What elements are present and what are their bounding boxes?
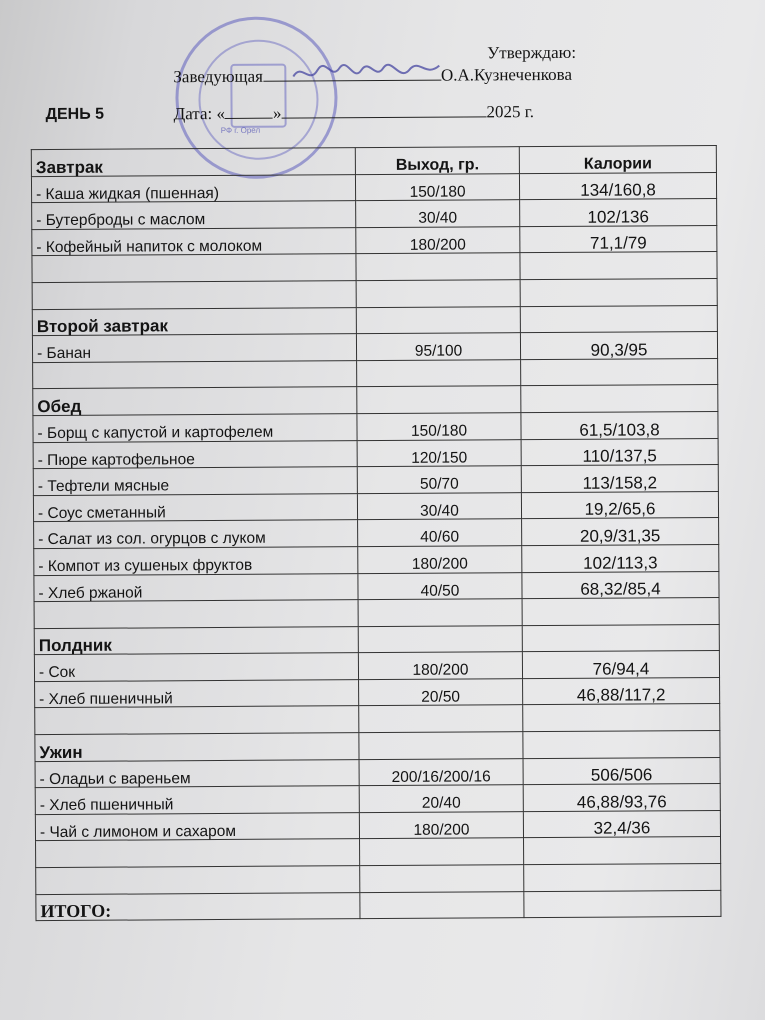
dish-name: - Борщ с капустой и картофелем <box>33 414 357 443</box>
portion-value: 20/40 <box>359 785 523 813</box>
portion-value: 180/200 <box>358 652 522 680</box>
table-row: - Бутерброды с маслом30/40102/136 <box>32 199 717 230</box>
dish-name: Обед <box>33 387 357 416</box>
calories-value: 90,3/95 <box>520 332 717 360</box>
calories-value: 20,9/31,35 <box>522 518 719 546</box>
table-row: - Сок180/20076/94,4 <box>34 651 719 682</box>
section-row: Ужин <box>35 731 720 762</box>
calories-value: 46,88/117,2 <box>523 677 720 705</box>
column-header-meal: Завтрак <box>31 148 355 177</box>
dish-name: Второй завтрак <box>32 307 356 336</box>
dish-name: - Хлеб пшеничный <box>35 786 359 815</box>
date-quote-close: » <box>273 104 282 123</box>
calories-value: 102/136 <box>520 199 717 227</box>
portion-value <box>360 865 524 893</box>
dish-name <box>36 839 360 868</box>
table-row: - Тефтели мясные50/70113/158,2 <box>33 465 718 496</box>
table-row: - Оладьи с вареньем200/16/200/16506/506 <box>35 757 720 788</box>
calories-value: 506/506 <box>523 757 720 785</box>
menu-table: Завтрак Выход, гр. Калории - Каша жидкая… <box>31 145 722 921</box>
dish-name: - Кофейный напиток с молоком <box>32 227 356 256</box>
calories-value: 46,88/93,76 <box>523 784 720 812</box>
empty-row <box>32 252 717 283</box>
calories-value: 32,4/36 <box>523 810 720 838</box>
portion-value <box>359 705 523 733</box>
section-row: Полдник <box>34 624 719 655</box>
director-name: О.А.Кузнеченкова <box>441 65 572 85</box>
dish-name: - Хлеб ржаной <box>34 573 358 602</box>
calories-value: 76/94,4 <box>522 651 719 679</box>
date-label: Дата: « <box>174 104 225 123</box>
column-header-calories: Калории <box>519 145 716 173</box>
table-row: - Каша жидкая (пшенная)150/180134/160,8 <box>31 172 716 203</box>
portion-value: 40/50 <box>358 572 522 600</box>
date-month-blank <box>281 103 486 118</box>
calories-value: 134/160,8 <box>519 172 716 200</box>
dish-name: Полдник <box>34 626 358 655</box>
dish-name <box>34 600 358 629</box>
calories-value: 110/137,5 <box>521 438 718 466</box>
portion-value: 120/150 <box>357 439 521 467</box>
dish-name: - Хлеб пшеничный <box>35 680 359 709</box>
dish-name: - Чай с лимоном и сахаром <box>35 812 359 841</box>
portion-value: 20/50 <box>359 679 523 707</box>
dish-name: - Тефтели мясные <box>33 467 357 496</box>
calories-value: 71,1/79 <box>520 225 717 253</box>
table-row: - Соус сметанный30/4019,2/65,6 <box>33 491 718 522</box>
dish-name: - Каша жидкая (пшенная) <box>31 174 355 203</box>
calories-value <box>522 624 719 652</box>
table-row: - Хлеб пшеничный20/4046,88/93,76 <box>35 784 720 815</box>
table-row: - Кофейный напиток с молоком180/20071,1/… <box>32 225 717 256</box>
portion-value: 180/200 <box>358 546 522 574</box>
portion-value <box>358 599 522 627</box>
portion-value: 30/40 <box>356 200 520 228</box>
portion-value <box>358 625 522 653</box>
calories-value <box>521 358 718 386</box>
section-row: Обед <box>33 385 718 416</box>
table-row: - Чай с лимоном и сахаром180/20032,4/36 <box>35 810 720 841</box>
section-row: Второй завтрак <box>32 305 717 336</box>
calories-value: 19,2/65,6 <box>521 491 718 519</box>
dish-name: - Банан <box>32 334 356 363</box>
day-label: ДЕНЬ 5 <box>46 106 105 124</box>
calories-value: 113/158,2 <box>521 465 718 493</box>
portion-value <box>359 732 523 760</box>
portion-value: 50/70 <box>357 466 521 494</box>
table-row: - Хлеб пшеничный20/5046,88/117,2 <box>35 677 720 708</box>
calories-value <box>520 252 717 280</box>
portion-value <box>356 306 520 334</box>
table-header-row: Завтрак Выход, гр. Калории <box>31 145 716 176</box>
date-day-blank <box>225 105 273 119</box>
portion-value <box>357 386 521 414</box>
empty-row <box>35 704 720 735</box>
portion-value: 150/180 <box>357 413 521 441</box>
table-row: - Банан95/10090,3/95 <box>32 332 717 363</box>
portion-value <box>356 280 520 308</box>
portion-value <box>357 359 521 387</box>
calories-value <box>523 731 720 759</box>
empty-row <box>33 358 718 389</box>
approve-label: Утверждаю: <box>487 43 576 64</box>
calories-value <box>521 385 718 413</box>
portion-value: 30/40 <box>357 492 521 520</box>
portion-value: 95/100 <box>356 333 520 361</box>
portion-value: 150/180 <box>355 173 519 201</box>
dish-name <box>32 254 356 283</box>
table-row: - Компот из сушеных фруктов180/200102/11… <box>34 544 719 575</box>
portion-value <box>356 253 520 281</box>
portion-value: 180/200 <box>359 811 523 839</box>
dish-name: - Соус сметанный <box>33 493 357 522</box>
dish-name: Ужин <box>35 733 359 762</box>
calories-value: 61,5/103,8 <box>521 411 718 439</box>
column-header-portion: Выход, гр. <box>355 147 519 175</box>
empty-row <box>36 863 721 894</box>
menu-document: РФ г. Орел Утверждаю: ЗаведующаяО.А.Кузн… <box>0 0 765 1020</box>
empty-row <box>32 278 717 309</box>
dish-name <box>35 706 359 735</box>
table-row: - Салат из сол. огурцов с луком40/6020,9… <box>34 518 719 549</box>
calories-value <box>520 278 717 306</box>
empty-row <box>36 837 721 868</box>
dish-name: - Компот из сушеных фруктов <box>34 547 358 576</box>
dish-name <box>36 866 360 895</box>
dish-name: - Пюре картофельное <box>33 440 357 469</box>
dish-name: ИТОГО: <box>36 892 360 921</box>
portion-value: 180/200 <box>356 226 520 254</box>
table-row: - Пюре картофельное120/150110/137,5 <box>33 438 718 469</box>
table-row: - Борщ с капустой и картофелем150/18061,… <box>33 411 718 442</box>
year-label: 2025 г. <box>486 102 534 121</box>
calories-value <box>523 704 720 732</box>
signature-icon <box>291 58 441 89</box>
calories-value <box>522 598 719 626</box>
portion-value: 200/16/200/16 <box>359 758 523 786</box>
calories-value <box>524 890 721 918</box>
position-label: Заведующая <box>173 67 263 87</box>
total-row: ИТОГО: <box>36 890 721 921</box>
calories-value: 102/113,3 <box>522 544 719 572</box>
stamp-city: РФ г. Орел <box>221 126 261 135</box>
dish-name: - Оладьи с вареньем <box>35 759 359 788</box>
portion-value: 40/60 <box>358 519 522 547</box>
portion-value <box>360 891 524 919</box>
dish-name <box>32 281 356 310</box>
calories-value <box>520 305 717 333</box>
dish-name <box>33 360 357 389</box>
table-row: - Хлеб ржаной40/5068,32/85,4 <box>34 571 719 602</box>
date-line: Дата: «»2025 г. <box>174 102 535 124</box>
portion-value <box>360 838 524 866</box>
dish-name: - Сок <box>34 653 358 682</box>
dish-name: - Бутерброды с маслом <box>32 201 356 230</box>
dish-name: - Салат из сол. огурцов с луком <box>34 520 358 549</box>
calories-value <box>524 863 721 891</box>
calories-value <box>524 837 721 865</box>
empty-row <box>34 598 719 629</box>
calories-value: 68,32/85,4 <box>522 571 719 599</box>
